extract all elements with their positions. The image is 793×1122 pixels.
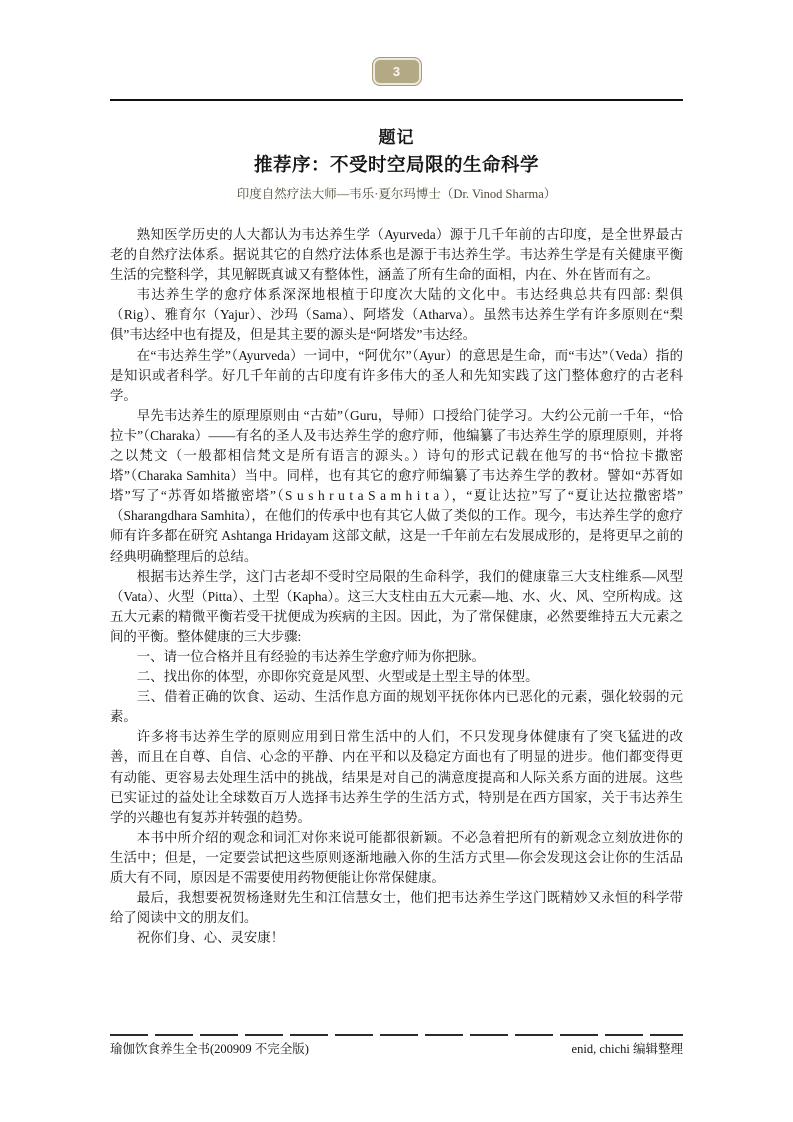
body-paragraph: 本书中所介绍的观念和词汇对你来说可能都很新颖。不必急着把所有的新观念立刻放进你的… (110, 828, 683, 888)
author-line: 印度自然疗法大师—韦乐·夏尔玛博士（Dr. Vinod Sharma） (110, 184, 683, 202)
footer-book-title: 瑜伽饮食养生全书(200909 不完全版) (110, 1039, 309, 1057)
header-rule (110, 99, 683, 101)
page-title: 题记 (110, 123, 683, 148)
body-paragraph: 根据韦达养生学，这门古老却不受时空局限的生命科学，我们的健康靠三大支柱维系—风型… (110, 567, 683, 647)
body-paragraph: 熟知医学历史的人大都认为韦达养生学（Ayurveda）源于几千年前的古印度，是全… (110, 225, 683, 285)
body-paragraph: 早先韦达养生的原理原则由 “古茹”（Guru，导师）口授给门徒学习。大约公元前一… (110, 406, 683, 567)
document-page: 3 题记 推荐序：不受时空局限的生命科学 印度自然疗法大师—韦乐·夏尔玛博士（D… (0, 0, 793, 1122)
page-number: 3 (393, 64, 400, 79)
body-text: 熟知医学历史的人大都认为韦达养生学（Ayurveda）源于几千年前的古印度，是全… (110, 225, 683, 948)
page-content: 3 题记 推荐序：不受时空局限的生命科学 印度自然疗法大师—韦乐·夏尔玛博士（D… (110, 0, 683, 948)
body-paragraph: 许多将韦达养生学的原则应用到日常生活中的人们，不只发现身体健康有了突飞猛进的改善… (110, 727, 683, 827)
page-footer: 瑜伽饮食养生全书(200909 不完全版) enid, chichi 编辑整理 (110, 1034, 683, 1057)
page-number-badge: 3 (372, 57, 422, 86)
list-item: 一、请一位合格并且有经验的韦达养生学愈疗师为你把脉。 (110, 647, 683, 667)
page-subtitle: 推荐序：不受时空局限的生命科学 (110, 151, 683, 177)
body-paragraph: 最后，我想要祝贺杨逢财先生和江信慧女士，他们把韦达养生学这门既精妙又永恒的科学带… (110, 888, 683, 928)
list-item: 二、找出你的体型，亦即你究竟是风型、火型或是土型主导的体型。 (110, 667, 683, 687)
footer-row: 瑜伽饮食养生全书(200909 不完全版) enid, chichi 编辑整理 (110, 1039, 683, 1057)
body-paragraph: 祝你们身、心、灵安康！ (110, 928, 683, 948)
body-paragraph: 在“韦达养生学”（Ayurveda）一词中，“阿优尔”（Ayur）的意思是生命，… (110, 346, 683, 406)
body-paragraph: 韦达养生学的愈疗体系深深地根植于印度次大陆的文化中。韦达经典总共有四部: 梨俱（… (110, 285, 683, 345)
footer-editors: enid, chichi 编辑整理 (572, 1039, 683, 1057)
footer-rule (110, 1034, 683, 1036)
list-item: 三、借着正确的饮食、运动、生活作息方面的规划平抚你体内已恶化的元素，强化较弱的元… (110, 687, 683, 727)
